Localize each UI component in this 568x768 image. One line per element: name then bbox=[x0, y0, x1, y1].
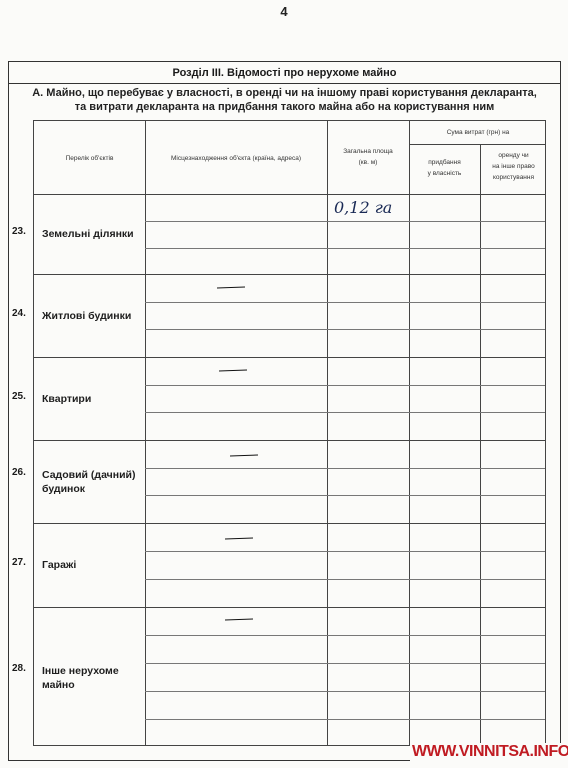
subtitle-line-1: А. Майно, що перебуває у власності, в ор… bbox=[9, 86, 560, 100]
row-26-none-mark bbox=[230, 455, 258, 457]
header-area-unit: (кв. м) bbox=[327, 157, 409, 168]
row-23-area-handwritten: 0,12 га bbox=[334, 198, 392, 217]
group-divider bbox=[34, 440, 545, 441]
header-expenses: Сума витрат (грн) на bbox=[409, 127, 547, 138]
header-area: Загальна площа (кв. м) bbox=[327, 146, 409, 168]
row-26-number: 26. bbox=[12, 467, 26, 478]
group-divider bbox=[34, 274, 545, 275]
row-27-none-mark bbox=[225, 538, 253, 540]
row-28-label-l2: майно bbox=[42, 678, 142, 692]
header-divider bbox=[409, 144, 545, 145]
row-28-label: Інше нерухоме майно bbox=[42, 664, 142, 692]
col-divider bbox=[327, 121, 328, 745]
row-25-label: Квартири bbox=[42, 392, 142, 406]
section-title: Розділ ІІІ. Відомості про нерухоме майно bbox=[9, 62, 560, 84]
row-27-number: 27. bbox=[12, 557, 26, 568]
row-24-label: Житлові будинки bbox=[42, 309, 142, 323]
group-divider bbox=[34, 357, 545, 358]
row-23-label: Земельні ділянки bbox=[42, 227, 142, 241]
group-divider bbox=[34, 523, 545, 524]
row-28-label-l1: Інше нерухоме bbox=[42, 664, 142, 678]
subtitle-line-2: та витрати декларанта на придбання таког… bbox=[9, 100, 560, 114]
row-24-number: 24. bbox=[12, 308, 26, 319]
header-rent: оренду чи на інше право користування bbox=[480, 150, 547, 183]
page-number: 4 bbox=[0, 4, 568, 19]
row-25-number: 25. bbox=[12, 391, 26, 402]
col-divider bbox=[480, 144, 481, 745]
header-purchase: придбання у власність bbox=[409, 157, 480, 179]
header-rent-l2: на інше право bbox=[480, 161, 547, 172]
header-bottom bbox=[34, 194, 545, 195]
section-subtitle: А. Майно, що перебуває у власності, в ор… bbox=[9, 86, 560, 114]
row-26-label: Садовий (дачний) будинок bbox=[42, 468, 142, 496]
header-objects: Перелік об'єктів bbox=[34, 153, 145, 164]
header-rent-l3: користування bbox=[480, 172, 547, 183]
header-area-label: Загальна площа bbox=[327, 146, 409, 157]
col-divider bbox=[145, 121, 146, 745]
row-23-number: 23. bbox=[12, 226, 26, 237]
watermark: WWW.VINNITSA.INFO bbox=[410, 743, 568, 761]
row-25-none-mark bbox=[219, 370, 247, 372]
property-table: Перелік об'єктів Місцезнаходження об'єкт… bbox=[33, 120, 546, 746]
row-26-label-l2: будинок bbox=[42, 482, 142, 496]
row-28-number: 28. bbox=[12, 663, 26, 674]
header-purchase-l1: придбання bbox=[409, 157, 480, 168]
row-28-none-mark bbox=[225, 619, 253, 621]
header-location: Місцезнаходження об'єкта (країна, адреса… bbox=[145, 153, 327, 164]
group-divider bbox=[34, 607, 545, 608]
row-27-label: Гаражі bbox=[42, 558, 142, 572]
header-rent-l1: оренду чи bbox=[480, 150, 547, 161]
row-26-label-l1: Садовий (дачний) bbox=[42, 468, 142, 482]
header-purchase-l2: у власність bbox=[409, 168, 480, 179]
col-divider bbox=[409, 121, 410, 745]
row-24-none-mark bbox=[217, 287, 245, 289]
